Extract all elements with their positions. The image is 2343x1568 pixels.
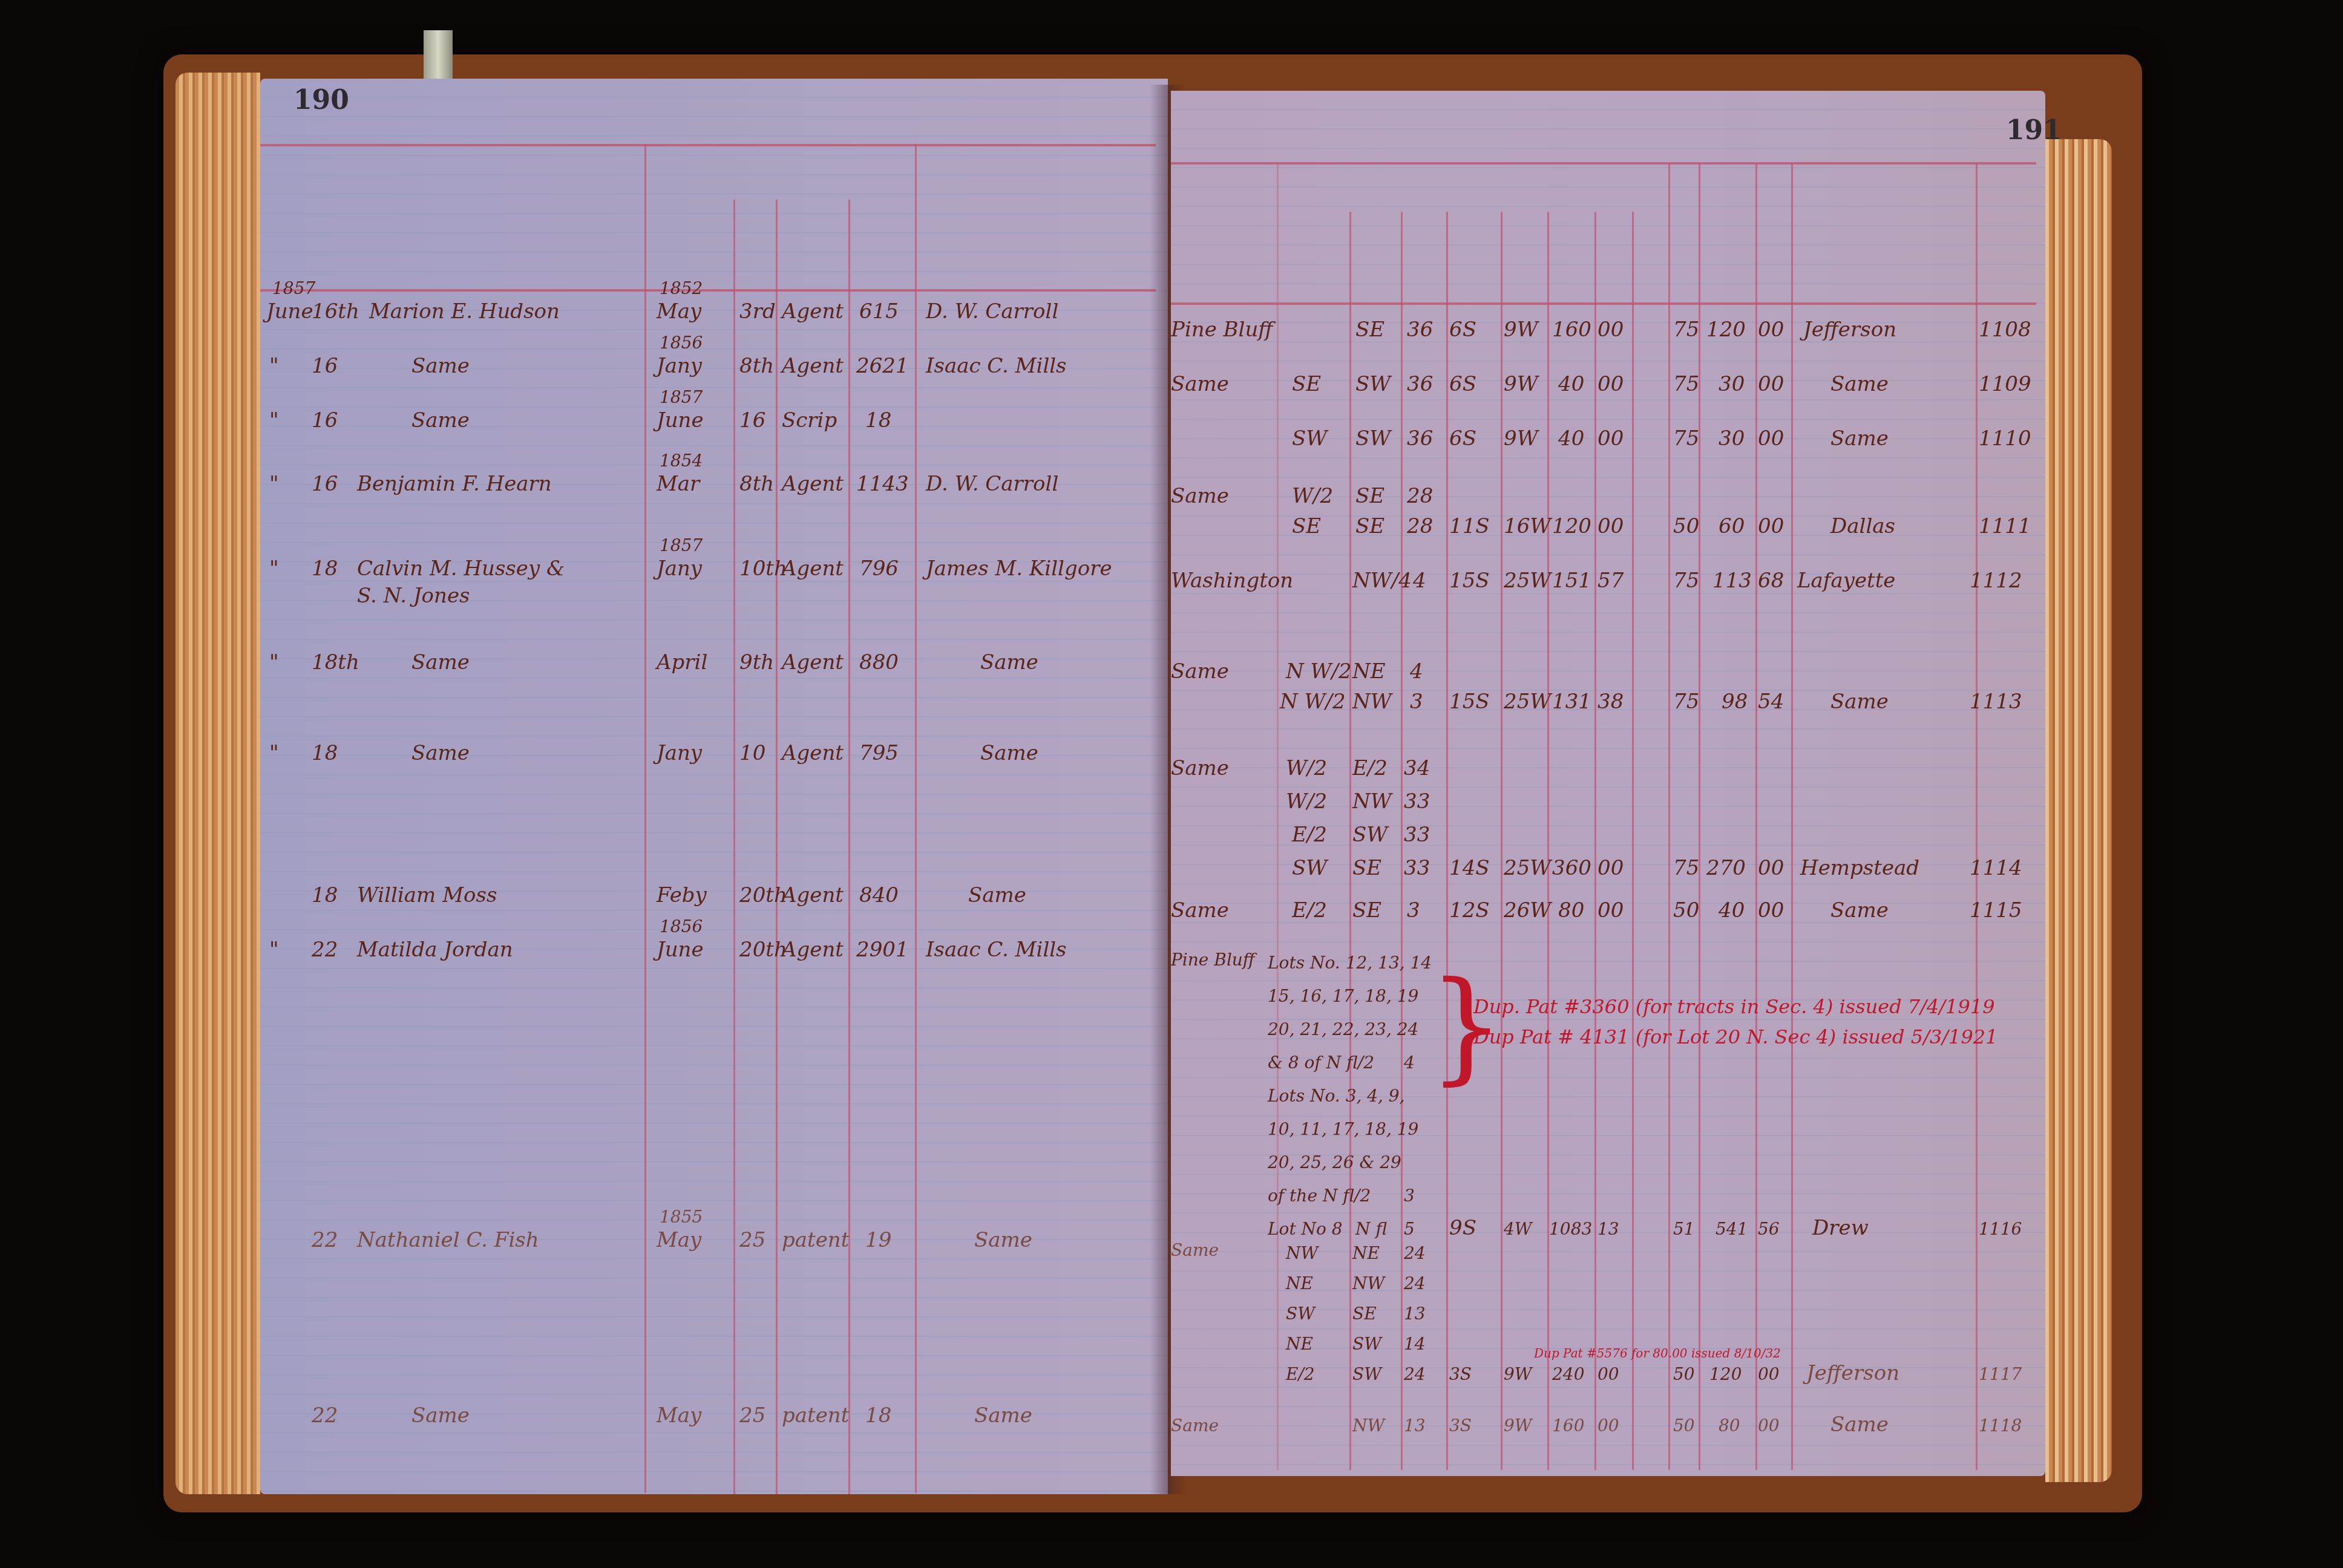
quarter: SE [1352, 856, 1381, 880]
rate: 75 [1673, 372, 1699, 396]
acres-fraction: 00 [1597, 1364, 1619, 1384]
township: 15S [1449, 690, 1490, 714]
acres: 360 [1552, 856, 1591, 880]
quarter: N fl [1355, 1219, 1387, 1239]
lot-list: Lots No. 12, 13, 14 [1268, 953, 1432, 973]
column-rule [1547, 212, 1549, 1470]
certificate-number: 1108 [1979, 318, 2031, 342]
quarter: SE [1352, 898, 1381, 923]
header-rule-bottom [260, 289, 1156, 292]
entry-day: 20th [739, 938, 787, 962]
entry-year: 1852 [660, 278, 703, 298]
rate: 75 [1673, 690, 1699, 714]
column-rule [644, 144, 646, 1493]
entry-year: 1857 [660, 387, 703, 407]
section: 4 [1413, 569, 1426, 593]
assignee: Isaac C. Mills [926, 354, 1067, 378]
month: " [269, 354, 279, 378]
month: " [269, 408, 279, 433]
entry-year: 1855 [660, 1207, 703, 1227]
column-rule [1446, 212, 1448, 1470]
assignee: Same [980, 741, 1038, 765]
land-office: Same [1171, 659, 1229, 684]
entry-day: 10 [739, 741, 765, 765]
quarter: SW [1352, 823, 1388, 847]
rate: 50 [1673, 1364, 1695, 1384]
part: SW [1286, 1304, 1315, 1324]
section: 13 [1404, 1416, 1426, 1436]
entry-day: 9th [739, 650, 774, 675]
section: 13 [1404, 1304, 1426, 1324]
rate: 75 [1673, 856, 1699, 880]
acres-fraction: 13 [1597, 1219, 1619, 1239]
rate: 50 [1673, 514, 1699, 538]
entry-type: Agent [782, 883, 844, 907]
acres: 151 [1552, 569, 1591, 593]
part: E/2 [1292, 823, 1327, 847]
cents: 00 [1758, 898, 1784, 923]
column-rule [848, 200, 850, 1494]
acres-fraction: 00 [1597, 856, 1624, 880]
land-office: Pine Bluff [1171, 318, 1273, 342]
entry-month: May [657, 1403, 701, 1428]
month: " [269, 741, 279, 765]
column-rule [1501, 212, 1502, 1470]
entry-type: Agent [782, 472, 844, 496]
part: W/2 [1286, 756, 1327, 780]
certificate-number: 1117 [1979, 1364, 2022, 1384]
quarter: SW [1352, 1364, 1381, 1384]
entry-month: May [657, 1228, 701, 1252]
day: 16 [312, 354, 338, 378]
entry-day: 20th [739, 883, 787, 907]
column-rule [1277, 163, 1279, 1470]
section: 36 [1407, 318, 1433, 342]
entry-month: Jany [657, 354, 702, 378]
right-page-edges [2045, 139, 2112, 1482]
acres: 160 [1552, 1416, 1584, 1436]
column-rule [1791, 163, 1793, 1470]
quarter: SW [1355, 426, 1391, 451]
section: 24 [1404, 1273, 1426, 1293]
part: W/2 [1292, 484, 1333, 508]
land-office: Same [1171, 898, 1229, 923]
section: 24 [1404, 1364, 1426, 1384]
assignee: Same [974, 1403, 1032, 1428]
entrant-name: Matilda Jordan [357, 938, 513, 962]
entrant-name: Nathaniel C. Fish [357, 1228, 539, 1252]
township: 15S [1449, 569, 1490, 593]
part: SE [1292, 514, 1321, 538]
quarter: SE [1355, 514, 1384, 538]
county: Lafayette [1797, 569, 1895, 593]
county: Same [1830, 898, 1889, 923]
quarter: SE [1352, 1304, 1377, 1324]
month: " [269, 557, 279, 581]
entry-type: Agent [782, 299, 844, 324]
land-office: Same [1171, 372, 1229, 396]
entry-type: Scrip [782, 408, 837, 433]
rate: 50 [1673, 898, 1699, 923]
cents: 00 [1758, 1364, 1780, 1384]
land-office: Same [1171, 1416, 1219, 1436]
column-rule [776, 200, 778, 1494]
county: Same [1830, 372, 1889, 396]
lot-list: 20, 21, 22, 23, 24 [1268, 1019, 1418, 1039]
page-number-left: 190 [293, 85, 349, 116]
range: 9W [1504, 372, 1538, 396]
entry-day: 25 [739, 1228, 765, 1252]
month: " [269, 938, 279, 962]
quarter: SW [1355, 372, 1391, 396]
entrant-name: Calvin M. Hussey & [357, 557, 565, 581]
township: 11S [1449, 514, 1490, 538]
column-rule [1976, 163, 1978, 1470]
quarter: NW [1352, 789, 1392, 814]
entry-type: Agent [782, 741, 844, 765]
day: 18 [312, 741, 338, 765]
certificate-number: 1111 [1979, 514, 2031, 538]
range: 4W [1504, 1219, 1532, 1239]
header-rule-bottom [1171, 302, 2036, 305]
month: " [269, 472, 279, 496]
quarter: SE [1355, 484, 1384, 508]
assignee: D. W. Carroll [926, 472, 1058, 496]
certificate-number: 1115 [1970, 898, 2022, 923]
lot-list: 10, 11, 17, 18, 19 [1268, 1119, 1418, 1139]
range: 9W [1504, 1364, 1532, 1384]
rate: 75 [1673, 318, 1699, 342]
township: 6S [1449, 426, 1476, 451]
duplicate-patent-note: Dup Pat #5576 for 80.00 issued 8/10/32 [1534, 1346, 1781, 1361]
cents: 00 [1758, 372, 1784, 396]
warrant-number: 19 [865, 1228, 891, 1252]
assignee: Same [974, 1228, 1032, 1252]
part: NE [1286, 1273, 1313, 1293]
assignee: Same [980, 650, 1038, 675]
entry-month: Feby [657, 883, 707, 907]
entrant-name: William Moss [357, 883, 497, 907]
entry-month: May [657, 299, 701, 324]
quarter: NE [1352, 1243, 1380, 1263]
right-page: 191 Pine Bluff SE 36 6S 9W 160 00 75 120… [1171, 91, 2045, 1476]
entrant-name: Same [411, 1403, 470, 1428]
duplicate-patent-note: Dup Pat # 4131 (for Lot 20 N. Sec 4) iss… [1473, 1025, 1997, 1048]
quarter: NW [1352, 690, 1392, 714]
entry-month: Jany [657, 557, 702, 581]
cents: 00 [1758, 856, 1784, 880]
amount: 541 [1715, 1219, 1748, 1239]
cents: 00 [1758, 426, 1784, 451]
amount: 113 [1712, 569, 1752, 593]
section: 4 [1410, 659, 1423, 684]
part: SW [1292, 856, 1327, 880]
acres: 1083 [1549, 1219, 1592, 1239]
quarter: SE [1355, 318, 1384, 342]
acres: 160 [1552, 318, 1591, 342]
warrant-number: 18 [865, 408, 891, 433]
county: Drew [1812, 1216, 1869, 1240]
column-rule [1401, 212, 1403, 1470]
warrant-number: 2901 [856, 938, 909, 962]
quarter: NW/4 [1352, 569, 1412, 593]
certificate-number: 1112 [1970, 569, 2022, 593]
township: 6S [1449, 372, 1476, 396]
assignee: Isaac C. Mills [926, 938, 1067, 962]
entrant-name-line2: S. N. Jones [357, 584, 470, 608]
certificate-number: 1110 [1979, 426, 2031, 451]
amount: 30 [1719, 372, 1745, 396]
cents: 68 [1758, 569, 1784, 593]
entrant-name: Same [411, 354, 470, 378]
section: 34 [1404, 756, 1430, 780]
rate: 51 [1673, 1219, 1695, 1239]
entry-day: 16 [739, 408, 765, 433]
range: 25W [1504, 569, 1551, 593]
assignee: D. W. Carroll [926, 299, 1058, 324]
day: 18th [312, 650, 359, 675]
section: 33 [1404, 856, 1430, 880]
amount: 30 [1719, 426, 1745, 451]
entrant-name: Benjamin F. Hearn [357, 472, 552, 496]
acres-fraction: 00 [1597, 1416, 1619, 1436]
month: June [266, 299, 313, 324]
amount: 120 [1706, 318, 1746, 342]
amount: 60 [1719, 514, 1745, 538]
column-rule [1632, 212, 1634, 1470]
cents: 00 [1758, 318, 1784, 342]
day: 18 [312, 557, 338, 581]
county: Same [1830, 690, 1889, 714]
column-rule [733, 200, 735, 1494]
range: 25W [1504, 690, 1551, 714]
column-rule [915, 144, 917, 1493]
section: 3 [1410, 690, 1423, 714]
township: 14S [1449, 856, 1490, 880]
entry-day: 10th [739, 557, 787, 581]
land-office: Washington [1171, 569, 1293, 593]
rate: 75 [1673, 426, 1699, 451]
cents: 00 [1758, 514, 1784, 538]
range: 26W [1504, 898, 1551, 923]
acres-fraction: 00 [1597, 898, 1624, 923]
quarter: SW [1352, 1334, 1381, 1354]
township: 3S [1449, 1416, 1472, 1436]
land-office: Same [1171, 1240, 1219, 1260]
range: 9W [1504, 426, 1538, 451]
entry-day: 25 [739, 1403, 765, 1428]
entry-day: 8th [739, 354, 774, 378]
entry-month: June [657, 408, 704, 433]
section: 3 [1407, 898, 1420, 923]
entry-month: Mar [657, 472, 700, 496]
page-number-right: 191 [2006, 115, 2062, 146]
entry-year: 1854 [660, 451, 703, 471]
warrant-number: 796 [859, 557, 899, 581]
entry-type: Agent [782, 938, 844, 962]
land-office: Same [1171, 484, 1229, 508]
column-rule [1699, 163, 1700, 1470]
certificate-number: 1114 [1970, 856, 2022, 880]
amount: 40 [1719, 898, 1745, 923]
lot-list: of the N fl/2 [1268, 1186, 1371, 1206]
rate: 75 [1673, 569, 1699, 593]
warrant-number: 18 [865, 1403, 891, 1428]
entry-type: Agent [782, 650, 844, 675]
certificate-number: 1113 [1970, 690, 2022, 714]
entry-type: patent [782, 1228, 849, 1252]
part: SW [1292, 426, 1327, 451]
entry-day: 8th [739, 472, 774, 496]
county: Hempstead [1800, 856, 1919, 880]
entry-year: 1856 [660, 333, 703, 353]
section: 28 [1407, 484, 1433, 508]
township: 12S [1449, 898, 1490, 923]
acres-fraction: 00 [1597, 372, 1624, 396]
county: Same [1830, 426, 1889, 451]
county: Jefferson [1806, 1361, 1899, 1385]
entry-year: 1857 [660, 535, 703, 555]
section: 36 [1407, 372, 1433, 396]
quarter: NE [1352, 659, 1386, 684]
part: E/2 [1286, 1364, 1315, 1384]
section: 24 [1404, 1243, 1426, 1263]
section: 28 [1407, 514, 1433, 538]
cents: 56 [1758, 1219, 1780, 1239]
certificate-number: 1109 [1979, 372, 2031, 396]
acres-fraction: 00 [1597, 318, 1624, 342]
day: 22 [312, 938, 338, 962]
amount: 80 [1719, 1416, 1740, 1436]
assignee: James M. Killgore [926, 557, 1112, 581]
section: 33 [1404, 823, 1430, 847]
day: 22 [312, 1228, 338, 1252]
range: 16W [1504, 514, 1551, 538]
column-rule [1349, 212, 1351, 1470]
warrant-number: 880 [859, 650, 899, 675]
entrant-name: Same [411, 741, 470, 765]
day: 16th [312, 299, 359, 324]
part: E/2 [1292, 898, 1327, 923]
lot-list: 15, 16, 17, 18, 19 [1268, 986, 1418, 1006]
acres: 80 [1558, 898, 1584, 923]
column-rule [1755, 163, 1757, 1470]
warrant-number: 795 [859, 741, 899, 765]
lot-list: & 8 of N fl/2 [1268, 1053, 1374, 1073]
lot-list: Lot No 8 [1268, 1219, 1343, 1239]
section: 5 [1404, 1219, 1415, 1239]
entry-type: Agent [782, 557, 844, 581]
acres-fraction: 38 [1597, 690, 1624, 714]
range: 9W [1504, 1416, 1532, 1436]
section: 33 [1404, 789, 1430, 814]
quarter: NW [1352, 1273, 1384, 1293]
acres: 40 [1558, 426, 1584, 451]
month: " [269, 650, 279, 675]
entry-month: April [657, 650, 707, 675]
county: Jefferson [1803, 318, 1896, 342]
day: 22 [312, 1403, 338, 1428]
county: Dallas [1830, 514, 1895, 538]
township: 3S [1449, 1364, 1472, 1384]
acres: 40 [1558, 372, 1584, 396]
acres: 240 [1552, 1364, 1584, 1384]
part: NE [1286, 1334, 1313, 1354]
day: 16 [312, 472, 338, 496]
lot-list: 20, 25, 26 & 29 [1268, 1152, 1401, 1172]
section: 36 [1407, 426, 1433, 451]
entry-type: patent [782, 1403, 849, 1428]
township: 9S [1449, 1216, 1476, 1240]
land-office: Same [1171, 756, 1229, 780]
part: N W/2 [1286, 659, 1352, 684]
lot-list: Lots No. 3, 4, 9, [1268, 1086, 1405, 1106]
entry-day: 3rd [739, 299, 776, 324]
land-office: Pine Bluff [1171, 950, 1255, 970]
part: W/2 [1286, 789, 1327, 814]
day: 18 [312, 883, 338, 907]
entry-year: 1856 [660, 916, 703, 936]
column-rule [1594, 212, 1596, 1470]
acres-fraction: 00 [1597, 514, 1624, 538]
cents: 00 [1758, 1416, 1780, 1436]
rate: 50 [1673, 1416, 1695, 1436]
quarter: E/2 [1352, 756, 1388, 780]
left-page: 190 1857 June 16th Marion E. Hudson 1852… [260, 79, 1168, 1494]
left-page-edges [175, 73, 260, 1494]
cents: 54 [1758, 690, 1784, 714]
warrant-number: 840 [859, 883, 899, 907]
certificate-number: 1118 [1979, 1416, 2022, 1436]
day: 16 [312, 408, 338, 433]
warrant-number: 1143 [856, 472, 909, 496]
amount: 120 [1709, 1364, 1742, 1384]
acres: 120 [1552, 514, 1591, 538]
year: 1857 [272, 278, 315, 298]
entry-month: Jany [657, 741, 702, 765]
entry-month: June [657, 938, 704, 962]
column-rule [1668, 163, 1670, 1470]
range: 25W [1504, 856, 1551, 880]
entry-type: Agent [782, 354, 844, 378]
header-rule [1171, 162, 2036, 165]
amount: 270 [1706, 856, 1746, 880]
warrant-number: 615 [859, 299, 899, 324]
certificate-number: 1116 [1979, 1219, 2022, 1239]
acres-fraction: 57 [1597, 569, 1624, 593]
section: 4 [1404, 1053, 1415, 1073]
assignee: Same [968, 883, 1026, 907]
part: SE [1292, 372, 1321, 396]
header-rule [260, 144, 1156, 146]
township: 6S [1449, 318, 1476, 342]
acres-fraction: 00 [1597, 426, 1624, 451]
amount: 98 [1722, 690, 1748, 714]
entrant-name: Same [411, 408, 470, 433]
entrant-name: Same [411, 650, 470, 675]
part: N W/2 [1280, 690, 1346, 714]
quarter: NW [1352, 1416, 1384, 1436]
range: 9W [1504, 318, 1538, 342]
acres: 131 [1552, 690, 1591, 714]
entrant-name: Marion E. Hudson [369, 299, 560, 324]
part: NW [1286, 1243, 1318, 1263]
duplicate-patent-note: Dup. Pat #3360 (for tracts in Sec. 4) is… [1473, 995, 1995, 1018]
county: Same [1830, 1413, 1889, 1437]
warrant-number: 2621 [856, 354, 909, 378]
section: 3 [1404, 1186, 1415, 1206]
section: 14 [1404, 1334, 1426, 1354]
